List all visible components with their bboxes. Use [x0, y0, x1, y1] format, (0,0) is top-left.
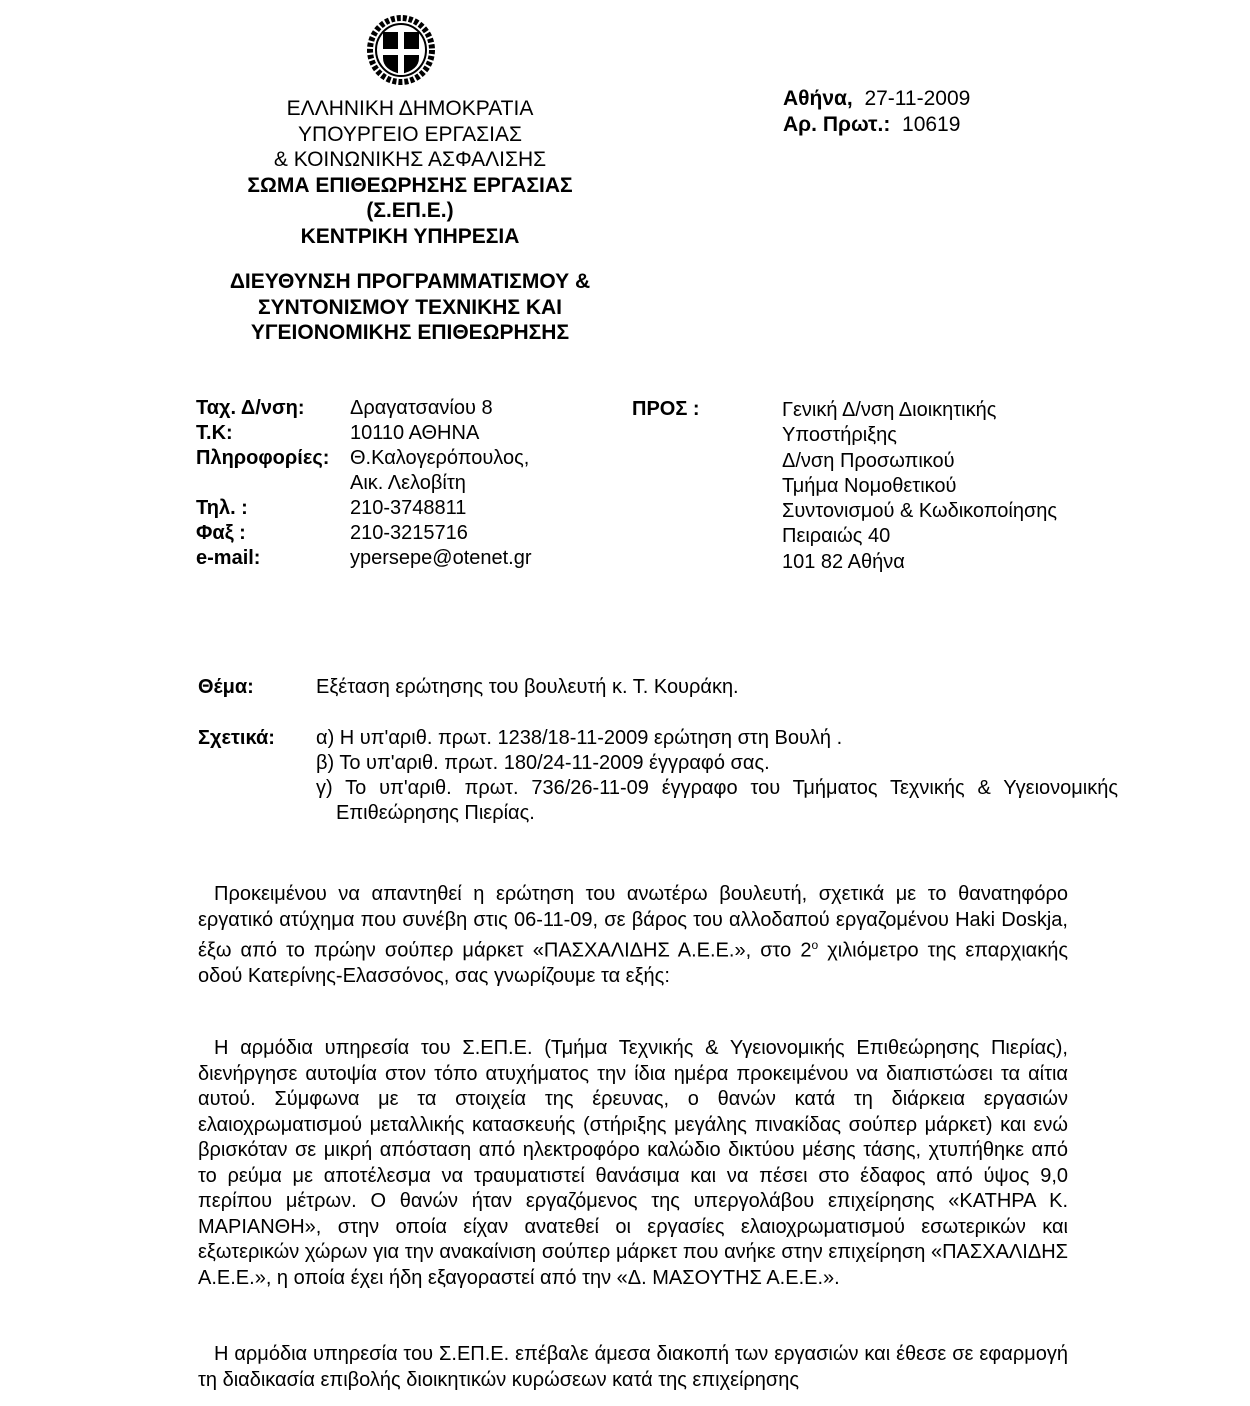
recipient-line: Δ/νση Προσωπικού — [782, 449, 1057, 474]
contact-row: Τηλ. : 210-3748811 — [196, 496, 532, 521]
protocol-label: Αρ. Πρωτ.: — [783, 113, 890, 136]
contact-row: e-mail: ypersepe@otenet.gr — [196, 546, 532, 571]
header-line: ΕΛΛΗΝΙΚΗ ΔΗΜΟΚΡΑΤΙΑ — [190, 96, 630, 122]
fax-value: 210-3215716 — [350, 521, 468, 546]
protocol-number: 10619 — [902, 113, 960, 136]
recipient-address: Γενική Δ/νση Διοικητικής Υποστήριξης Δ/ν… — [782, 398, 1057, 575]
header-line: ΣΩΜΑ ΕΠΙΘΕΩΡΗΣΗΣ ΕΡΓΑΣΙΑΣ — [190, 173, 630, 199]
recipient-line: Υποστήριξης — [782, 423, 1057, 448]
contact-row: Ταχ. Δ/νση:Δραγατσανίου 8 — [196, 396, 532, 421]
related-item: α) Η υπ'αριθ. πρωτ. 1238/18-11-2009 ερώτ… — [316, 726, 1118, 751]
organization-header: ΕΛΛΗΝΙΚΗ ΔΗΜΟΚΡΑΤΙΑ ΥΠΟΥΡΓΕΙΟ ΕΡΓΑΣΙΑΣ &… — [190, 96, 630, 249]
header-line: & ΚΟΙΝΩΝΙΚΗΣ ΑΣΦΑΛΙΣΗΣ — [190, 147, 630, 173]
related-references: Σχετικά: α) Η υπ'αριθ. πρωτ. 1238/18-11-… — [198, 726, 1118, 826]
subject-label: Θέμα: — [198, 676, 316, 699]
phone-value: 210-3748811 — [350, 496, 466, 521]
header-line: (Σ.ΕΠ.Ε.) — [190, 198, 630, 224]
sender-contact-block: Ταχ. Δ/νση:Δραγατσανίου 8 Τ.Κ:10110 ΑΘΗΝ… — [196, 396, 532, 571]
directorate-line: ΔΙΕΥΘΥΝΣΗ ΠΡΟΓΡΑΜΜΑΤΙΣΜΟΥ & — [190, 269, 630, 295]
directorate-header: ΔΙΕΥΘΥΝΣΗ ΠΡΟΓΡΑΜΜΑΤΙΣΜΟΥ & ΣΥΝΤΟΝΙΣΜΟΥ … — [190, 269, 630, 346]
address-value: Δραγατσανίου 8 — [350, 396, 493, 421]
document-date: 27-11-2009 — [864, 87, 970, 110]
body-paragraph-3: Η αρμόδια υπηρεσία του Σ.ΕΠ.Ε. επέβαλε ά… — [198, 1342, 1068, 1393]
header-line: ΚΕΝΤΡΙΚΗ ΥΠΗΡΕΣΙΑ — [190, 224, 630, 250]
header-line: ΥΠΟΥΡΓΕΙΟ ΕΡΓΑΣΙΑΣ — [190, 122, 630, 148]
recipient-line: Τμήμα Νομοθετικού — [782, 474, 1057, 499]
directorate-line: ΣΥΝΤΟΝΙΣΜΟΥ ΤΕΧΝΙΚΗΣ ΚΑΙ — [190, 295, 630, 321]
recipient-label: ΠΡΟΣ : — [632, 398, 700, 421]
postal-code-value: 10110 ΑΘΗΝΑ — [350, 421, 479, 446]
body-paragraph-1: Προκειμένου να απαντηθεί η ερώτηση του α… — [198, 882, 1068, 990]
related-item: γ) Το υπ'αριθ. πρωτ. 736/26-11-09 έγγραφ… — [316, 776, 1118, 826]
subject-text: Εξέταση ερώτησης του βουλευτή κ. Τ. Κουρ… — [316, 676, 739, 699]
directorate-line: ΥΓΕΙΟΝΟΜΙΚΗΣ ΕΠΙΘΕΩΡΗΣΗΣ — [190, 320, 630, 346]
date-protocol-block: Αθήνα, 27-11-2009 Αρ. Πρωτ.: 10619 — [783, 86, 970, 138]
info-contact-value: Αικ. Λελοβίτη — [350, 471, 466, 496]
body-paragraph-2: Η αρμόδια υπηρεσία του Σ.ΕΠ.Ε. (Τμήμα Τε… — [198, 1036, 1068, 1291]
place-label: Αθήνα, — [783, 87, 853, 110]
recipient-line: Γενική Δ/νση Διοικητικής — [782, 398, 1057, 423]
info-contact-value: Θ.Καλογερόπουλος, — [350, 446, 529, 471]
contact-row: Πληροφορίες:Θ.Καλογερόπουλος, — [196, 446, 532, 471]
contact-row: Τ.Κ:10110 ΑΘΗΝΑ — [196, 421, 532, 446]
contact-row: Φαξ : 210-3215716 — [196, 521, 532, 546]
related-label: Σχετικά: — [198, 726, 316, 826]
greek-coat-of-arms-icon — [366, 14, 436, 86]
email-value[interactable]: ypersepe@otenet.gr — [350, 546, 532, 571]
recipient-line: Συντονισμού & Κωδικοποίησης — [782, 499, 1057, 524]
related-item: β) Το υπ'αριθ. πρωτ. 180/24-11-2009 έγγρ… — [316, 751, 1118, 776]
subject-row: Θέμα: Εξέταση ερώτησης του βουλευτή κ. Τ… — [198, 676, 739, 699]
contact-row: Αικ. Λελοβίτη — [196, 471, 532, 496]
recipient-line: 101 82 Αθήνα — [782, 550, 1057, 575]
recipient-line: Πειραιώς 40 — [782, 524, 1057, 549]
